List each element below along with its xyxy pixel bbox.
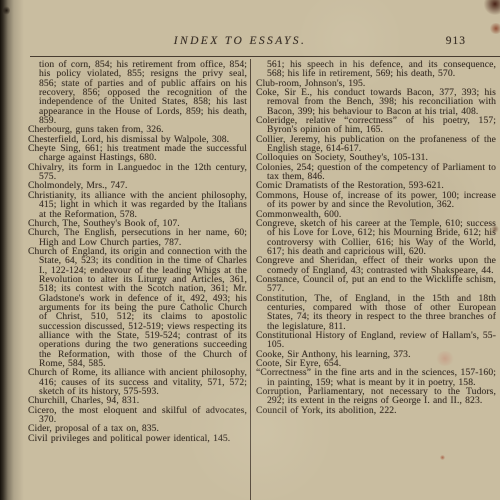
stain-spot xyxy=(489,23,500,34)
book-page: INDEX TO ESSAYS. 913 tion of corn, 854; … xyxy=(0,0,500,500)
index-entry: Cheyte Sing, 661; his treatment made the… xyxy=(28,144,247,163)
index-entry: 561; his speech in his defence, and its … xyxy=(256,60,496,79)
index-entry: Chivalry, its form in Languedoc in the 1… xyxy=(28,163,247,182)
index-column-right: 561; his speech in his defence, and its … xyxy=(256,60,496,500)
index-column-left: tion of corn, 854; his retirement from o… xyxy=(28,60,247,500)
column-divider xyxy=(250,59,251,500)
index-entry: Constitutional History of England, revie… xyxy=(256,331,496,350)
index-entry: Civil privileges and political power ide… xyxy=(28,434,247,443)
index-entry: Congreve, sketch of his career at the Te… xyxy=(256,219,496,256)
running-head: INDEX TO ESSAYS. xyxy=(0,35,480,47)
page-gutter-shadow xyxy=(0,0,24,500)
index-entry: Coleridge, relative “correctness” of his… xyxy=(256,116,496,135)
index-entry: Christianity, its alliance with the anci… xyxy=(28,191,247,219)
index-entry: Congreve and Sheridan, effect of their w… xyxy=(256,256,496,275)
index-entry: Commons, House of, increase of its power… xyxy=(256,191,496,210)
index-entry: Coke, Sir E., his conduct towards Bacon,… xyxy=(256,88,496,116)
index-entry: Church, The English, persecutions in her… xyxy=(28,228,247,247)
stain-spot xyxy=(483,0,500,15)
index-entry: Collier, Jeremy, his publication on the … xyxy=(256,135,496,154)
index-entry: Constitution, The, of England, in the 15… xyxy=(256,294,496,331)
index-entry: tion of corn, 854; his retirement from o… xyxy=(28,60,247,125)
index-entry: Colonies, 254; question of the competenc… xyxy=(256,163,496,182)
index-entry: Church of Rome, its alliance with ancien… xyxy=(28,368,247,396)
page-number: 913 xyxy=(446,35,466,47)
index-entry: Church of England, its origin and connec… xyxy=(28,247,247,368)
index-entry: Council of York, its abolition, 222. xyxy=(256,406,496,415)
index-entry: Corruption, Parliamentary, not necessary… xyxy=(256,387,496,406)
index-entry: “Correctness” in the fine arts and in th… xyxy=(256,368,496,387)
header-rule xyxy=(30,56,500,57)
index-entry: Constance, Council of, put an end to the… xyxy=(256,275,496,294)
index-entry: Cicero, the most eloquent and skilful of… xyxy=(28,406,247,425)
